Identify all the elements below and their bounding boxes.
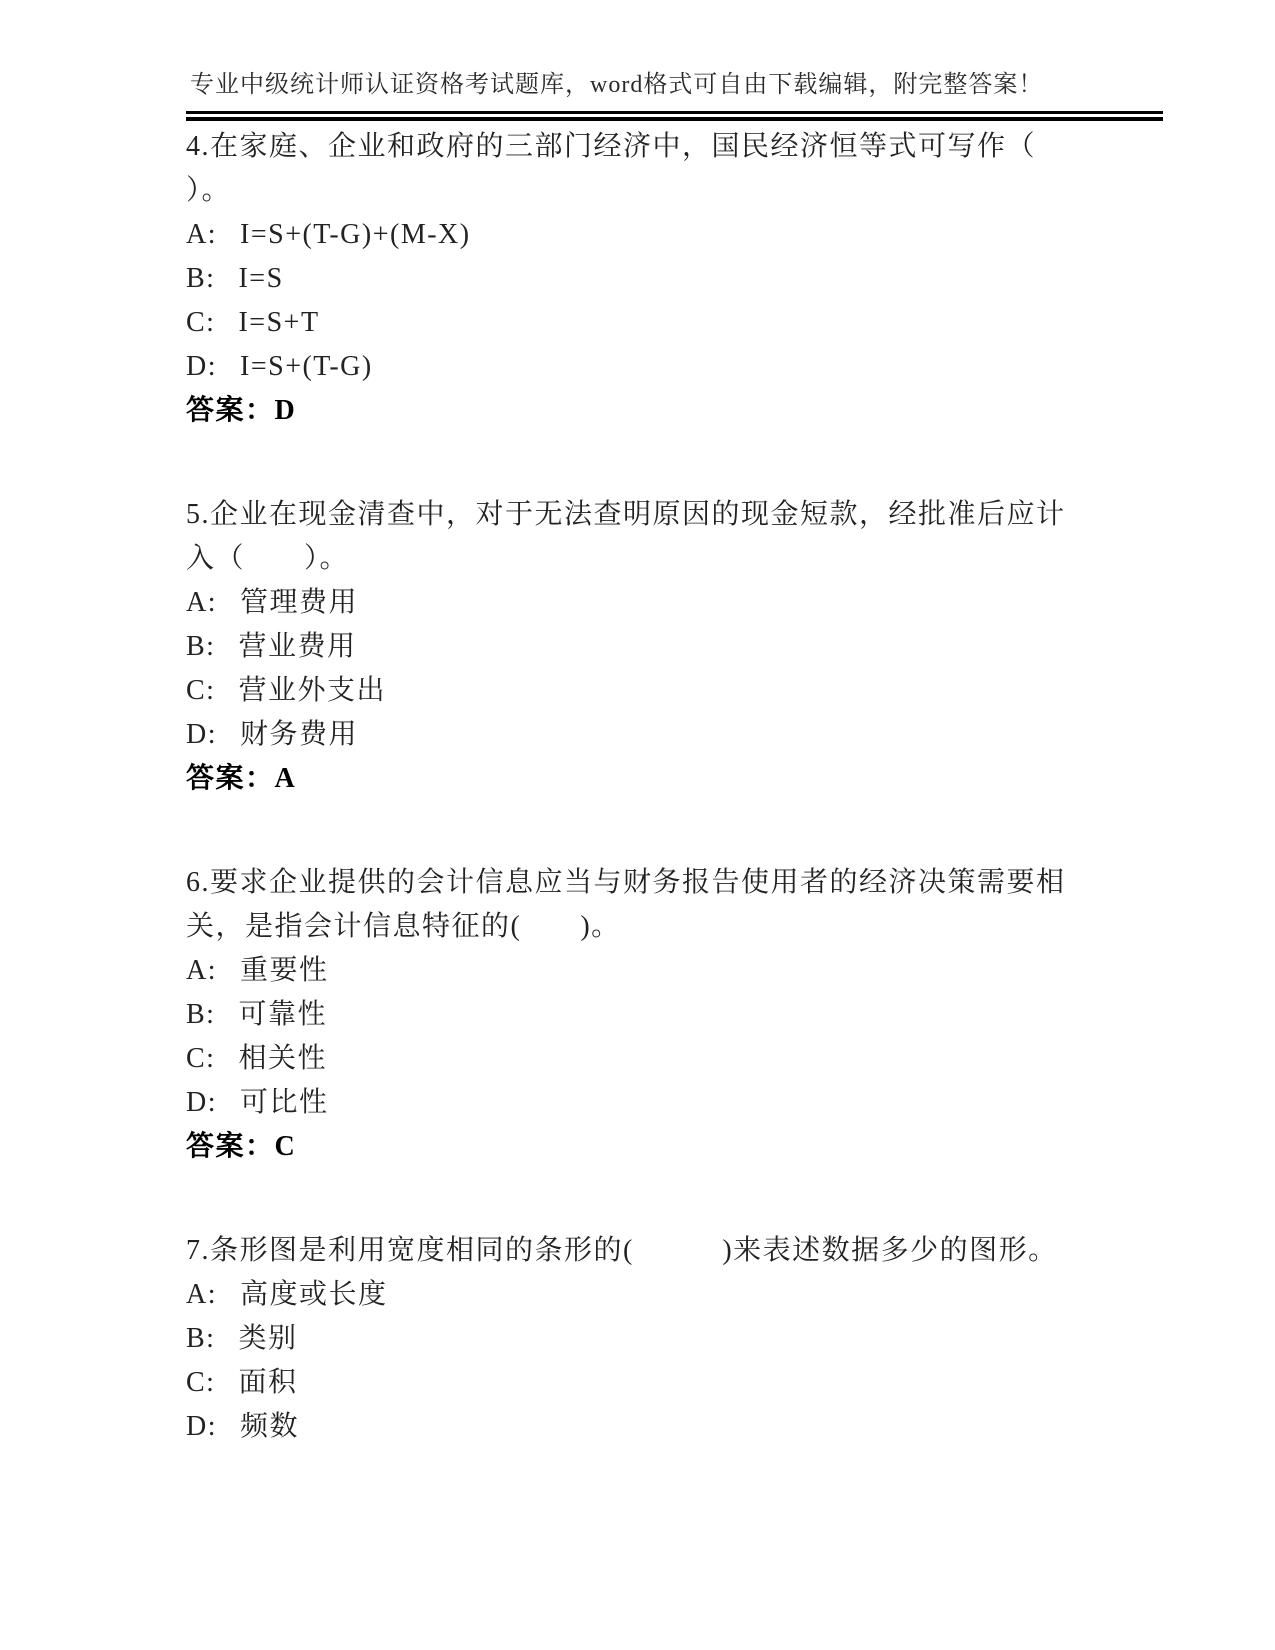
option-text: I=S+(T-G) [240,351,373,382]
option-line: C:相关性 [186,1037,1166,1081]
option-label: D: [186,1405,217,1449]
option-line: C:营业外支出 [186,669,1166,713]
option-text: 频数 [240,1411,299,1442]
option-text: 管理费用 [240,587,358,618]
answer-value: A [275,763,297,794]
option-label: C: [186,1037,215,1081]
option-line: B:营业费用 [186,625,1166,669]
question-block: 5.企业在现金清查中，对于无法查明原因的现金短款，经批准后应计入（ ）。A:管理… [186,493,1166,801]
answer-line: 答案：D [186,389,1166,433]
option-label: A: [186,581,217,625]
option-line: D:频数 [186,1405,1166,1449]
option-label: B: [186,257,215,301]
option-label: D: [186,1081,217,1125]
option-text: 营业费用 [238,631,356,662]
option-text: 可比性 [240,1087,329,1118]
option-label: C: [186,669,215,713]
question-block: 7.条形图是利用宽度相同的条形的( )来表述数据多少的图形。A:高度或长度B:类… [186,1229,1166,1449]
option-label: B: [186,993,215,1037]
question-text-line: 6.要求企业提供的会计信息应当与财务报告使用者的经济决策需要相 [186,861,1166,905]
option-line: D:I=S+(T-G) [186,345,1166,389]
header-divider [186,111,1163,121]
option-line: A:高度或长度 [186,1273,1166,1317]
option-text: 可靠性 [238,999,327,1030]
questions-list: 4.在家庭、企业和政府的三部门经济中，国民经济恒等式可写作（）。A:I=S+(T… [186,125,1166,1449]
answer-prefix: 答案： [186,763,275,794]
option-label: B: [186,625,215,669]
question-text-line: 5.企业在现金清查中，对于无法查明原因的现金短款，经批准后应计 [186,493,1166,537]
option-text: 财务费用 [240,719,358,750]
page-header: 专业中级统计师认证资格考试题库，word格式可自由下载编辑，附完整答案！ [0,68,1275,121]
answer-value: C [275,1131,297,1162]
option-line: A:管理费用 [186,581,1166,625]
header-title: 专业中级统计师认证资格考试题库，word格式可自由下载编辑，附完整答案！ [190,68,1275,102]
option-line: B:I=S [186,257,1166,301]
option-label: D: [186,345,217,389]
option-text: I=S+T [238,307,319,338]
option-line: C:面积 [186,1361,1166,1405]
document-page: 专业中级统计师认证资格考试题库，word格式可自由下载编辑，附完整答案！ 4.在… [0,0,1275,1650]
answer-prefix: 答案： [186,1131,275,1162]
question-text-line: ）。 [186,169,1166,213]
option-label: A: [186,213,217,257]
question-text-line: 7.条形图是利用宽度相同的条形的( )来表述数据多少的图形。 [186,1229,1166,1273]
option-label: A: [186,949,217,993]
option-line: A:重要性 [186,949,1166,993]
question-block: 6.要求企业提供的会计信息应当与财务报告使用者的经济决策需要相关，是指会计信息特… [186,861,1166,1169]
option-label: D: [186,713,217,757]
option-label: C: [186,301,215,345]
question-text-line: 关，是指会计信息特征的( )。 [186,905,1166,949]
answer-prefix: 答案： [186,395,275,426]
option-line: D:财务费用 [186,713,1166,757]
option-text: 类别 [238,1323,297,1354]
answer-line: 答案：C [186,1125,1166,1169]
option-text: 营业外支出 [238,675,386,706]
question-text-line: 入（ ）。 [186,537,1166,581]
option-line: A:I=S+(T-G)+(M-X) [186,213,1166,257]
option-line: B:可靠性 [186,993,1166,1037]
option-text: 相关性 [238,1043,327,1074]
option-line: D:可比性 [186,1081,1166,1125]
question-text-line: 4.在家庭、企业和政府的三部门经济中，国民经济恒等式可写作（ [186,125,1166,169]
option-text: I=S+(T-G)+(M-X) [240,219,471,250]
option-line: B:类别 [186,1317,1166,1361]
answer-line: 答案：A [186,757,1166,801]
question-block: 4.在家庭、企业和政府的三部门经济中，国民经济恒等式可写作（）。A:I=S+(T… [186,125,1166,433]
option-text: I=S [238,263,283,294]
option-line: C:I=S+T [186,301,1166,345]
option-label: C: [186,1361,215,1405]
option-label: A: [186,1273,217,1317]
option-text: 重要性 [240,955,329,986]
option-text: 面积 [238,1367,297,1398]
answer-value: D [275,395,297,426]
option-label: B: [186,1317,215,1361]
option-text: 高度或长度 [240,1279,388,1310]
